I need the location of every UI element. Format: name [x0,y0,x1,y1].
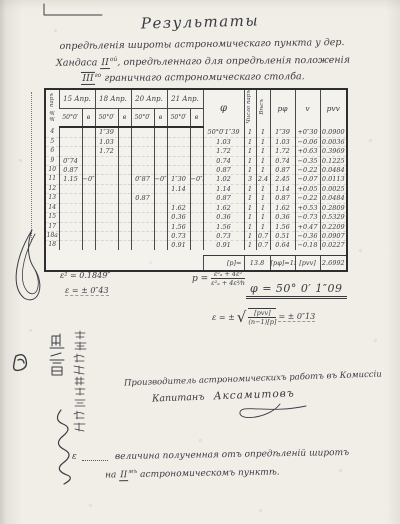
value-cell [190,231,203,240]
jp-supervisor-column [48,332,74,492]
value-cell [118,213,131,222]
table-row: 111.15−0″130″87−0″101″30−0″211.0232.42.4… [45,175,347,184]
col-header-date-18apr: 18 Апр. [95,89,131,108]
subcol-base-value: 50°0′ [59,108,82,127]
table-row: 141.621.62111.62+0.530.2809 [45,203,347,212]
mean-error-lhs: ε = ± [212,313,235,322]
subtitle-line-2: Хандаса IIой, опредѣленнаго для опредѣле… [42,53,364,69]
value-cell [59,184,82,193]
value-cell [190,213,203,222]
value-cell [82,166,95,175]
value-cell: 1.03 [203,137,244,146]
value-cell: 0″87 [131,175,154,184]
value-cell: 1 [244,194,256,203]
latitude-observation-table: №№ паръ 15 Апр. 18 Апр. 20 Апр. 21 Апр. … [44,88,348,272]
value-cell [131,127,154,137]
producer-title-line: Производитель астрономическихъ работъ въ… [124,370,382,389]
value-cell: 1.02 [203,175,244,184]
value-cell [154,222,167,231]
subcol-base-value: 50°0′ [131,108,154,127]
value-cell [82,222,95,231]
value-cell [154,213,167,222]
value-cell [95,175,118,184]
value-cell: −0.22 [295,194,320,203]
value-cell: 1.03 [95,137,118,146]
subtitle-line-3: IIIго граничнаго астрономическаго столба… [62,70,324,84]
value-cell: 0.87 [270,194,295,203]
value-cell [118,175,131,184]
value-cell: −0″10 [154,175,167,184]
value-cell: 0.91 [203,241,244,250]
value-cell: −0.22 [295,166,320,175]
fraction-numerator: [pvv] [248,309,276,318]
col-header-pair-count: Число паръ [244,89,256,127]
subcol-correction: в [190,108,203,127]
value-cell [154,194,167,203]
value-cell: +0.05 [295,184,320,193]
value-cell: 0.73 [167,231,190,240]
value-cell: 1 [256,137,270,146]
footnote-leader-dots [82,460,108,461]
table-body: 41″3950°0′1″39111″39+0″300.090051.031.03… [45,127,347,249]
col-header-v: v [295,89,320,127]
value-cell [95,203,118,212]
value-cell: 0.87 [203,166,244,175]
value-cell: 1 [244,166,256,175]
value-cell: 1″39 [270,127,295,137]
epsilon-value-text: ε = ± 0″43 [65,286,109,296]
value-cell: 0″74 [59,156,82,165]
value-cell [95,241,118,250]
table-row: 121.141.14111.14+0.050.0025 [45,184,347,193]
mean-error-value: = ± 0″13 [278,312,315,322]
value-cell: 1.62 [270,203,295,212]
value-cell: 0.0113 [320,175,347,184]
pair-number-cell: 12 [45,184,59,193]
value-cell: 1.56 [203,222,244,231]
table-row: 61.721.72111.72+0.630.3969 [45,147,347,156]
value-cell: 1 [256,127,270,137]
subcol-correction: в [118,108,131,127]
footnote-line-1: величина полученная отъ опредѣленій широ… [115,448,349,462]
summary-pvv-label: [pvv] [295,255,320,271]
footnote-symbol: ε [72,452,77,462]
footnote2-pre: на [105,470,119,480]
pair-number-cell: 18 [45,241,59,250]
paper-noise [0,0,1,1]
value-cell: 0.87 [270,166,295,175]
table-row: 90″740.74110.74−0.350.1225 [45,156,347,165]
pair-number-cell: 10 [45,166,59,175]
value-cell: 0.7 [256,241,270,250]
fraction-denominator: ε²ₐ + 4ε²⁄n [211,279,245,287]
value-cell [167,127,190,137]
value-cell [82,203,95,212]
pair-number-cell: 6 [45,147,59,156]
value-cell: +0.53 [295,203,320,212]
value-cell [59,241,82,250]
value-cell [95,156,118,165]
value-cell: 50°0′1″39 [203,127,244,137]
value-cell [154,137,167,146]
summary-pphi-value: [pφ]=15.10 [270,255,295,271]
jp-observer-column [72,330,92,434]
value-cell [118,184,131,193]
rank-label: Капитанъ [152,392,205,405]
value-cell: 0.0025 [320,184,347,193]
table-row: 18a0.730.7310.70.51−0.360.0907 [45,231,347,240]
value-cell: 1.03 [270,137,295,146]
ink-blot [12,352,32,376]
value-cell: 1 [256,166,270,175]
value-cell: 0.74 [270,156,295,165]
ordinal-suffix: мъ [128,468,137,475]
value-cell: 0.3969 [320,147,347,156]
fraction-numerator: ε²ₐ + 4ε² [211,270,245,279]
value-cell [131,213,154,222]
value-cell [82,184,95,193]
binding-stitch-line [31,92,32,242]
value-cell: 1 [256,194,270,203]
subcol-correction: в [154,108,167,127]
value-cell: 1 [244,184,256,193]
fraction-denominator: (n−1)[p] [248,318,276,326]
value-cell [118,231,131,240]
epsilon-squared-value: ε² = 0.1849″ [60,271,110,280]
summary-pvv-value: 2.6992 [320,255,347,271]
epsilon-value: ε = ± 0″43 [65,286,109,295]
value-cell: 1.72 [270,147,295,156]
value-cell [167,156,190,165]
value-cell: 0.87 [203,194,244,203]
value-cell: 0.64 [270,241,295,250]
summary-p-value: 13.8 [244,255,270,271]
value-cell [59,222,82,231]
value-cell: 1 [256,213,270,222]
value-cell [190,166,203,175]
value-cell: 0.36 [203,213,244,222]
value-cell: 0.87 [59,166,82,175]
value-cell [118,127,131,137]
value-cell: 0.0484 [320,166,347,175]
value-cell [131,166,154,175]
value-cell: 0.91 [167,241,190,250]
value-cell [82,137,95,146]
value-cell: +0.47 [295,222,320,231]
value-cell: −0.36 [295,231,320,240]
weight-formula-fraction: ε²ₐ + 4ε² ε²ₐ + 4ε²⁄n [211,270,245,288]
value-cell [131,137,154,146]
value-cell [95,166,118,175]
pair-number-cell: 18a [45,231,59,240]
value-cell: 1.14 [270,184,295,193]
value-cell: 1 [244,156,256,165]
value-cell: 0.74 [203,156,244,165]
value-cell: +0″30 [295,127,320,137]
value-cell: 1 [244,203,256,212]
value-cell [131,203,154,212]
value-cell: 1 [244,241,256,250]
value-cell: 1 [244,137,256,146]
value-cell [118,156,131,165]
value-cell [190,203,203,212]
value-cell [190,241,203,250]
value-cell [154,231,167,240]
value-cell: 1.62 [203,203,244,212]
value-cell [82,127,95,137]
value-cell [118,222,131,231]
value-cell: 1.72 [95,147,118,156]
value-cell [154,241,167,250]
value-cell: 0.87 [131,194,154,203]
value-cell [118,203,131,212]
point-number-roman: II [100,57,110,69]
value-cell [95,184,118,193]
col-header-pvv: pvv [320,89,347,127]
value-cell: 1.56 [167,222,190,231]
value-cell [118,194,131,203]
value-cell: 1 [244,213,256,222]
value-cell: −0.73 [295,213,320,222]
scanned-document-page: Результаты опредѣленія широты астрономич… [0,0,400,524]
value-cell: 1 [256,156,270,165]
subcol-correction: в [82,108,95,127]
value-cell: −0″13 [82,175,95,184]
value-cell: 1 [256,203,270,212]
value-cell: 1 [244,147,256,156]
summary-row: [p]= 13.8 [pφ]=15.10 [pvv] 2.6992 [45,255,347,271]
value-cell [95,231,118,240]
value-cell: 0.36 [270,213,295,222]
value-cell: −0″21 [190,175,203,184]
value-cell [82,231,95,240]
value-cell [95,213,118,222]
pair-number-cell: 14 [45,203,59,212]
col-header-weight: Вѣсъ [256,89,270,127]
mean-error-formula: ε = ± √ [pvv] (n−1)[p] = ± 0″13 [212,308,315,327]
subcol-base-value: 50°0′ [95,108,118,127]
value-cell [190,147,203,156]
value-cell [154,127,167,137]
table-row: 150.360.36110.36−0.730.5329 [45,213,347,222]
value-cell [131,241,154,250]
weight-formula: p = ε²ₐ + 4ε² ε²ₐ + 4ε²⁄n [192,270,245,288]
value-cell [82,156,95,165]
value-cell [59,231,82,240]
table-row: 130.870.87110.87−0.220.0484 [45,194,347,203]
value-cell [59,194,82,203]
subtitle3-post: граничнаго астрономическаго столба. [101,71,304,84]
subtitle-line-1: опредѣленія широты астрономическаго пунк… [42,37,362,52]
value-cell: 0.2209 [320,222,347,231]
value-cell: 1 [256,184,270,193]
value-cell [131,184,154,193]
value-cell [154,184,167,193]
value-cell: 0.1225 [320,156,347,165]
value-cell [59,137,82,146]
value-cell [154,156,167,165]
value-cell: 1.14 [167,184,190,193]
value-cell [82,147,95,156]
value-cell [131,156,154,165]
value-cell [118,241,131,250]
latitude-result: φ = 50° 0′ 1″09 [246,282,347,299]
pair-number-cell: 11 [45,175,59,184]
table-row: 180.910.9110.70.64−0.180.0227 [45,241,347,250]
value-cell: 1.15 [59,175,82,184]
value-cell: 2.45 [270,175,295,184]
pair-number-cell: 9 [45,156,59,165]
value-cell: 0.73 [203,231,244,240]
value-cell: 0.7 [256,231,270,240]
value-cell [59,213,82,222]
pair-number-cell: 17 [45,222,59,231]
table-row: 100.870.87110.87−0.220.0484 [45,166,347,175]
pair-number-cell: 13 [45,194,59,203]
table-row: 41″3950°0′1″39111″39+0″300.0900 [45,127,347,137]
subtitle2-post: , опредѣленнаго для опредѣленія положені… [117,55,350,68]
summary-p-label: [p]= [203,255,244,271]
value-cell [167,194,190,203]
value-cell [167,147,190,156]
value-cell: −0.07 [295,175,320,184]
value-cell [154,147,167,156]
value-cell [131,231,154,240]
value-cell: 1.56 [270,222,295,231]
value-cell: 0.2809 [320,203,347,212]
value-cell: 2.4 [256,175,270,184]
subcol-base-value: 50°0′ [167,108,190,127]
subtitle2-pre: Хандаса [56,57,100,68]
value-cell [190,194,203,203]
pair-number-cell: 5 [45,137,59,146]
value-cell [190,127,203,137]
value-cell [167,137,190,146]
value-cell: 1.72 [203,147,244,156]
col-header-pair-number: №№ паръ [45,89,59,127]
col-header-date-20apr: 20 Апр. [131,89,167,108]
value-cell: 0.0484 [320,194,347,203]
value-cell: 1″30 [167,175,190,184]
value-cell: 0.0907 [320,231,347,240]
value-cell [118,147,131,156]
table-row: 171.561.56111.56+0.470.2209 [45,222,347,231]
value-cell [154,203,167,212]
value-cell: 1 [244,231,256,240]
value-cell: 0.0227 [320,241,347,250]
value-cell [154,166,167,175]
value-cell: 0.5329 [320,213,347,222]
value-cell [118,137,131,146]
value-cell: 1 [244,127,256,137]
pair-number-cell: 15 [45,213,59,222]
value-cell [95,222,118,231]
col-header-date-21apr: 21 Апр. [167,89,203,108]
value-cell: −0.18 [295,241,320,250]
radical-sign: √ [237,310,247,325]
value-cell [59,203,82,212]
pillar-number-roman: III [81,72,94,85]
pair-number-cell: 4 [45,127,59,137]
value-cell: 0.0036 [320,137,347,146]
table-row: 51.031.03111.03−0.060.0036 [45,137,347,146]
value-cell: 0.51 [270,231,295,240]
value-cell: 1 [256,147,270,156]
value-cell [131,222,154,231]
mean-error-fraction: [pvv] (n−1)[p] [248,308,276,327]
col-header-pphi: pφ [270,89,295,127]
value-cell: 1 [256,222,270,231]
col-header-date-15apr: 15 Апр. [59,89,95,108]
value-cell: −0.35 [295,156,320,165]
value-cell: 1.14 [203,184,244,193]
footnote2-post: астрономическомъ пунктѣ. [137,467,279,479]
value-cell: 1 [244,222,256,231]
signature-flourish [210,400,320,422]
value-cell [190,137,203,146]
value-cell [82,194,95,203]
value-cell: 3 [244,175,256,184]
value-cell [167,166,190,175]
value-cell: −0.06 [295,137,320,146]
value-cell: 1″39 [95,127,118,137]
value-cell [82,213,95,222]
value-cell [118,166,131,175]
footnote-line-2: на IIмъ астрономическомъ пунктѣ. [105,465,280,480]
value-cell [190,222,203,231]
weight-formula-lhs: p = [192,274,208,284]
value-cell [82,241,95,250]
value-cell [59,127,82,137]
value-cell [190,156,203,165]
value-cell: +0.63 [295,147,320,156]
value-cell: 0.36 [167,213,190,222]
value-cell: 1.62 [167,203,190,212]
value-cell [59,147,82,156]
value-cell [95,194,118,203]
value-cell [190,184,203,193]
value-cell [131,147,154,156]
col-header-phi: φ [203,89,244,127]
value-cell: 0.0900 [320,127,347,137]
